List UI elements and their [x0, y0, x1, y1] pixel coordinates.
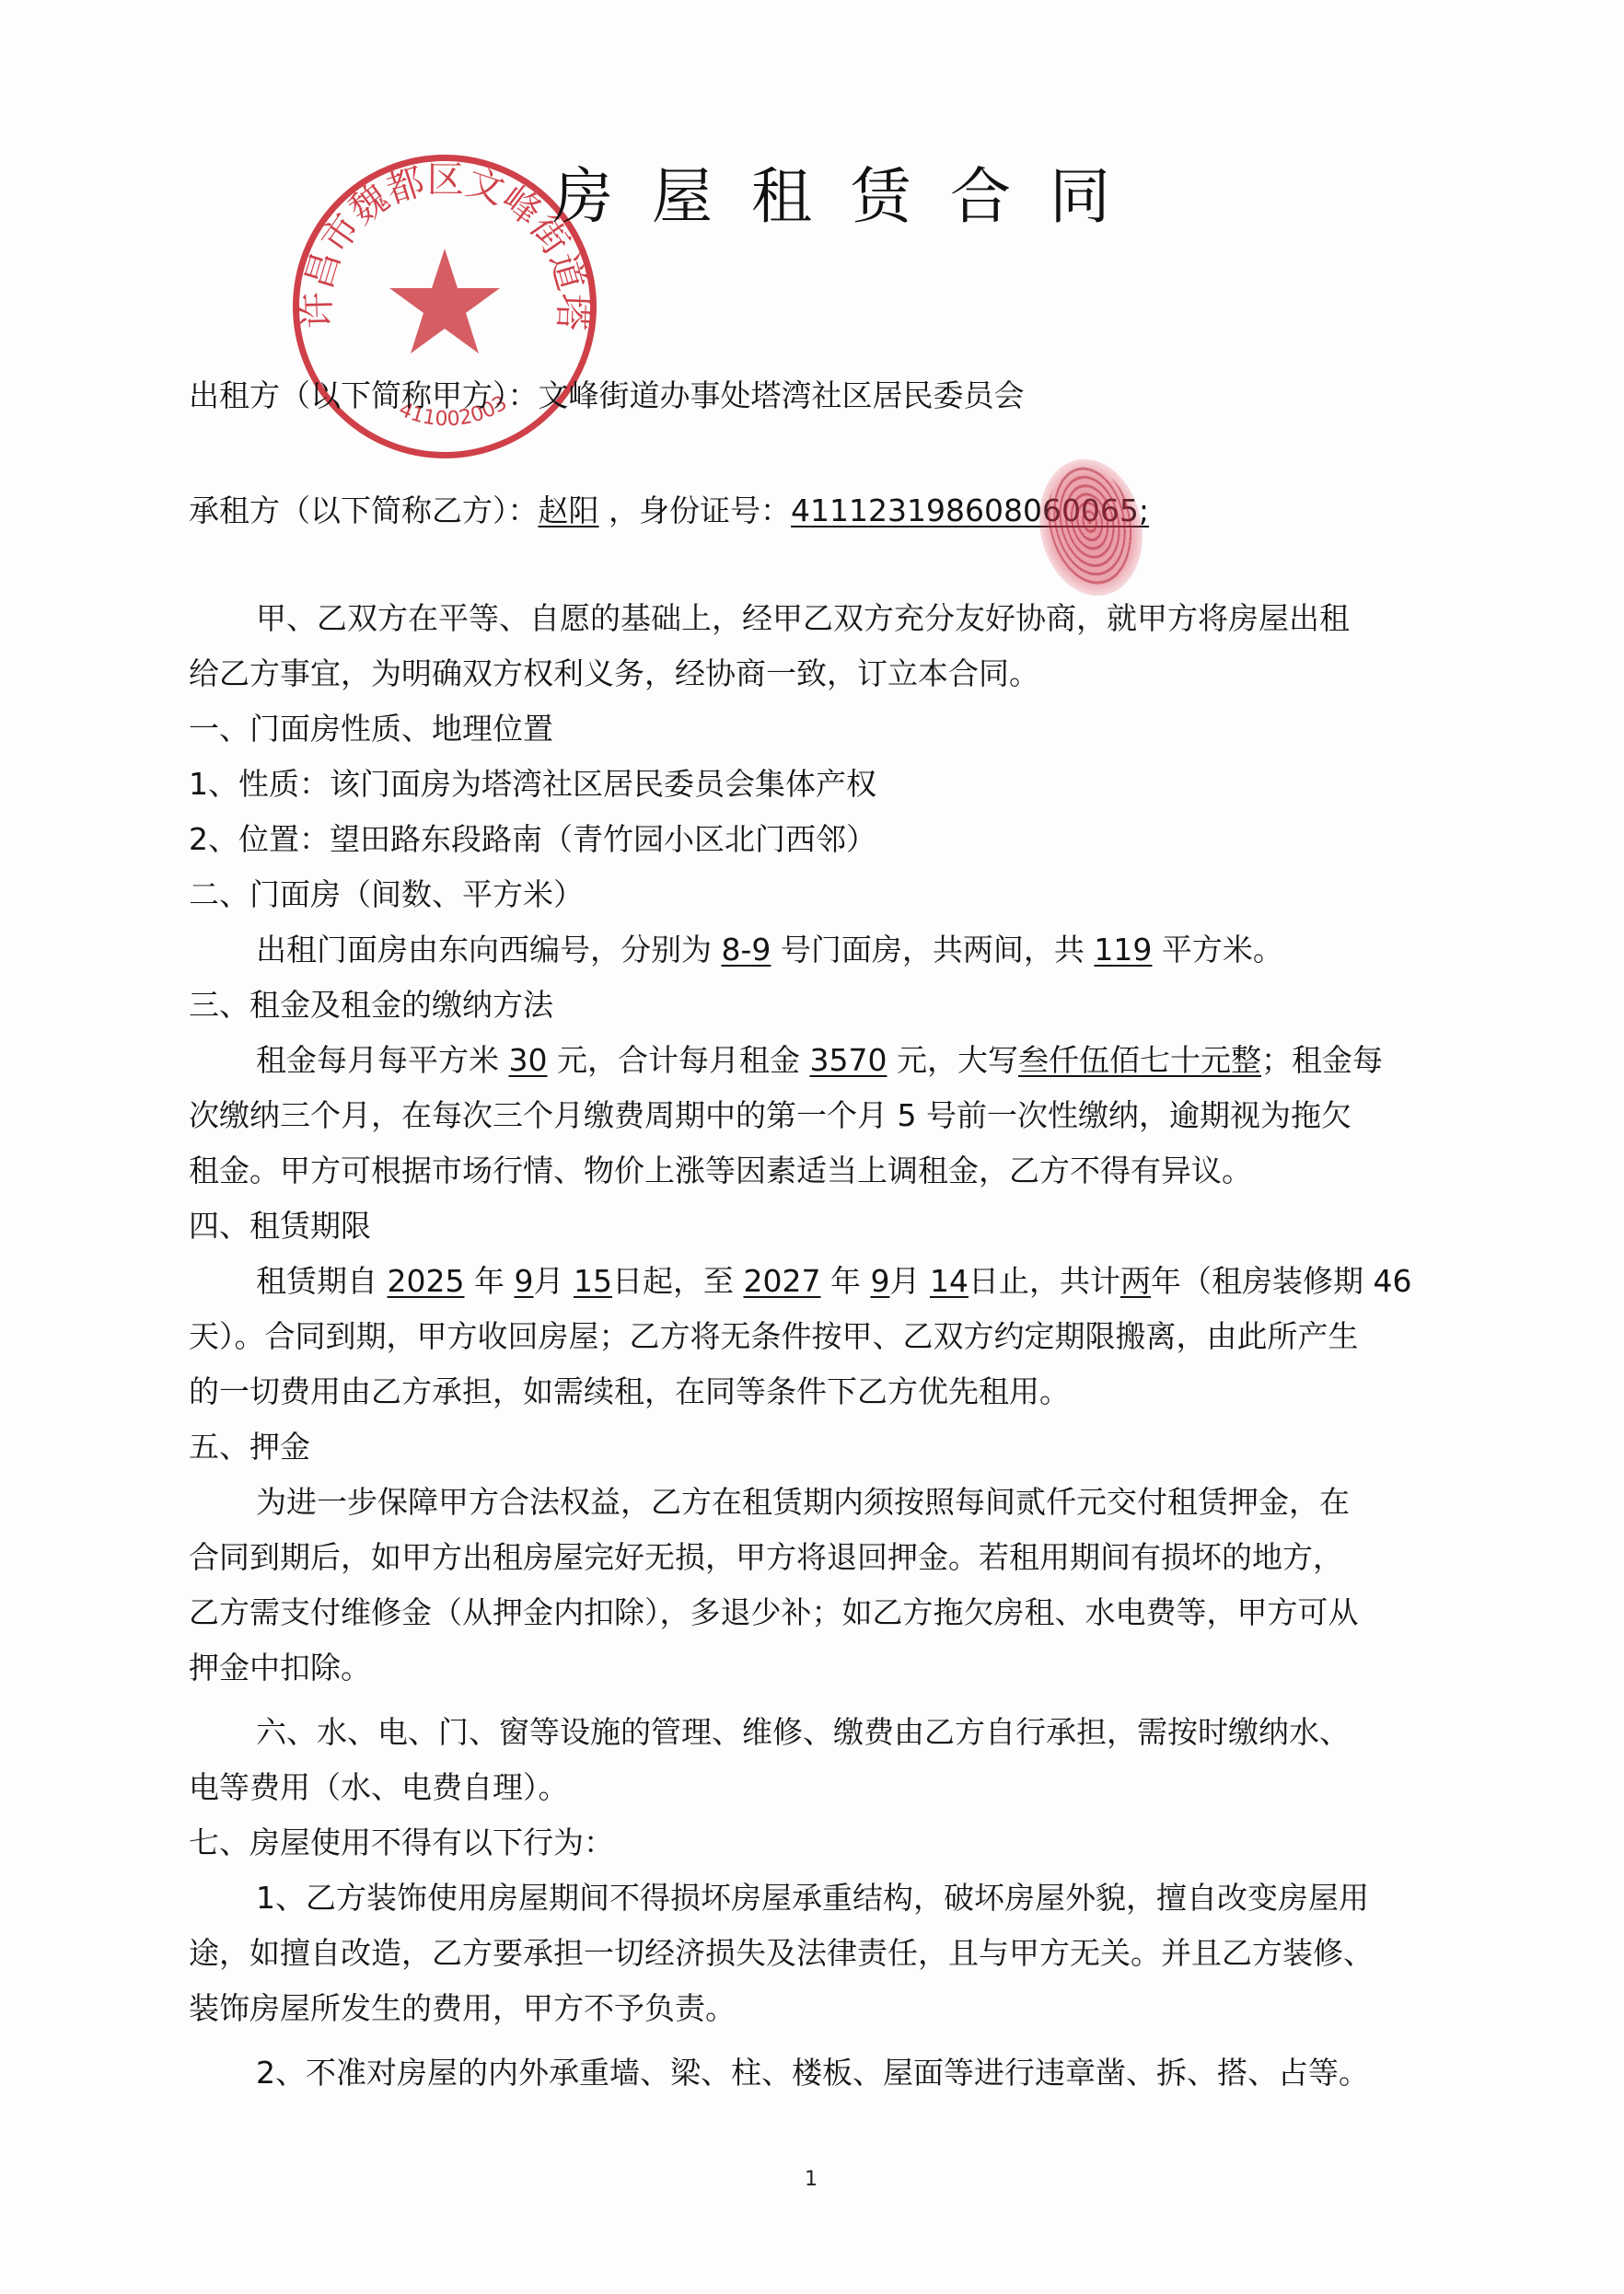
section-5-line-4: 押金中扣除。	[189, 1650, 371, 1686]
start-month: 9	[514, 1263, 533, 1299]
lessee-line: 承租方（以下简称乙方）：赵阳 ，身份证号：411123198608060065;	[189, 492, 1149, 529]
fingerprint-mark	[1027, 449, 1155, 606]
section-5-line-1: 为进一步保障甲方合法权益，乙方在租赁期内须按照每间贰仟元交付租赁押金，在	[256, 1484, 1350, 1521]
end-month: 9	[870, 1263, 889, 1299]
lessor-name: 文峰街道办事处塔湾社区居民委员会	[539, 377, 1025, 413]
start-year: 2025	[388, 1263, 465, 1299]
id-label: ，身份证号：	[609, 492, 791, 528]
lessee-label: 承租方（以下简称乙方）：	[189, 492, 539, 528]
section-4-heading: 四、租赁期限	[189, 1208, 371, 1245]
section-5-line-2: 合同到期后，如甲方出租房屋完好无损，甲方将退回押金。若租用期间有损坏的地方，	[189, 1539, 1343, 1576]
shop-numbers: 8-9	[722, 932, 771, 967]
section-5-line-3: 乙方需支付维修金（从押金内扣除），多退少补；如乙方拖欠房租、水电费等，甲方可从	[189, 1594, 1359, 1631]
preamble-line-2: 给乙方事宜，为明确双方权利义务，经协商一致，订立本合同。	[189, 655, 1039, 692]
section-2-heading: 二、门面房（间数、平方米）	[189, 876, 584, 913]
document-title: 房屋租赁合同	[552, 147, 1149, 235]
section-1-heading: 一、门面房性质、地理位置	[189, 711, 553, 747]
end-year: 2027	[743, 1263, 820, 1299]
section-6-line-2: 电等费用（水、电费自理）。	[189, 1769, 569, 1806]
section-2-text: 出租门面房由东向西编号，分别为 8-9 号门面房，共两间，共 119 平方米。	[256, 932, 1283, 968]
page-number: 1	[805, 2168, 818, 2191]
preamble-line-1: 甲、乙双方在平等、自愿的基础上，经甲乙双方充分友好协商，就甲方将房屋出租	[256, 600, 1350, 637]
monthly-rent-words: 叁仟伍佰七十元整	[1018, 1042, 1261, 1078]
area-sqm: 119	[1094, 932, 1152, 967]
start-day: 15	[574, 1263, 612, 1299]
section-3-line-1: 租金每月每平方米 30 元，合计每月租金 3570 元，大写叁仟伍佰七十元整；租…	[256, 1042, 1383, 1079]
lessee-name: 赵阳	[539, 492, 599, 528]
contract-page: 许昌市魏都区文峰街道塔湾社区居民委员会 411002003 房屋租赁合同 出租方…	[0, 0, 1624, 2294]
section-7-item-1-line-1: 1、乙方装饰使用房屋期间不得损坏房屋承重结构，破坏房屋外貌，擅自改变房屋用	[256, 1880, 1369, 1917]
section-1-item-2: 2、位置：望田路东段路南（青竹园小区北门西邻）	[189, 821, 876, 858]
section-1-item-1: 1、性质：该门面房为塔湾社区居民委员会集体产权	[189, 766, 876, 803]
section-7-heading: 七、房屋使用不得有以下行为：	[189, 1825, 614, 1861]
section-7-item-1-line-2: 途，如擅自改造，乙方要承担一切经济损失及法律责任，且与甲方无关。并且乙方装修、	[189, 1935, 1374, 1972]
section-5-heading: 五、押金	[189, 1429, 310, 1466]
section-4-line-3: 的一切费用由乙方承担，如需续租，在同等条件下乙方优先租用。	[189, 1373, 1070, 1410]
section-3-line-3: 租金。甲方可根据市场行情、物价上涨等因素适当上调租金，乙方不得有异议。	[189, 1153, 1252, 1189]
section-6-line-1: 六、水、电、门、窗等设施的管理、维修、缴费由乙方自行承担，需按时缴纳水、	[256, 1714, 1350, 1751]
section-7-item-1-line-3: 装饰房屋所发生的费用，甲方不予负责。	[189, 1990, 736, 2027]
section-3-line-2: 次缴纳三个月，在每次三个月缴费周期中的第一个月 5 号前一次性缴纳，逾期视为拖欠	[189, 1097, 1351, 1134]
lessor-line: 出租方（以下简称甲方）：文峰街道办事处塔湾社区居民委员会	[189, 377, 1025, 414]
section-3-heading: 三、租金及租金的缴纳方法	[189, 987, 553, 1024]
section-4-line-2: 天）。合同到期，甲方收回房屋；乙方将无条件按甲、乙双方约定期限搬离，由此所产生	[189, 1318, 1359, 1355]
lessor-label: 出租方（以下简称甲方）：	[189, 377, 539, 413]
lease-duration: 两	[1120, 1263, 1151, 1299]
monthly-rent: 3570	[810, 1042, 887, 1078]
end-day: 14	[930, 1263, 969, 1299]
section-7-item-2: 2、不准对房屋的内外承重墙、梁、柱、楼板、屋面等进行违章凿、拆、搭、占等。	[256, 2055, 1369, 2091]
section-4-line-1: 租赁期自 2025 年 9月 15日起，至 2027 年 9月 14日止，共计两…	[256, 1263, 1411, 1300]
price-per-sqm: 30	[509, 1042, 548, 1078]
